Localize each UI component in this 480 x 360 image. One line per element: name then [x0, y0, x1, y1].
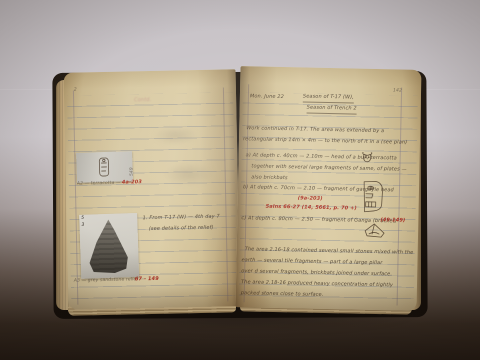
- find-item-a: also brickbats: [251, 175, 288, 181]
- right-page: 142 Mon. June 22 Season of T-17 (W), Sea…: [235, 66, 421, 311]
- paragraph-line: rectangular strip 14m × 4m — to the nort…: [243, 137, 407, 146]
- gargoyle-head-sketch: [356, 180, 385, 215]
- entry-heading: Season of Trench 2: [307, 106, 357, 115]
- photo-corner-mark-bottom: 3: [81, 224, 84, 229]
- find-item-a: together with several large fragments of…: [251, 164, 406, 173]
- paragraph-line: The area 2.16-18 contained several small…: [245, 247, 414, 256]
- red-reference: (9a-203): [298, 196, 323, 202]
- entry-date: Mon. June 22: [250, 94, 284, 100]
- left-page: 2 Contd. 549 A2 — terracotta — 4a-203 5 …: [64, 69, 241, 310]
- sculpture-photo: 5 3: [79, 213, 139, 279]
- find-item-a: a) At depth c. 40cm — 2.10m — head of a …: [246, 153, 397, 162]
- large-photo-ref: 67 - 149: [135, 277, 159, 283]
- page-number: 142: [393, 89, 402, 94]
- paragraph-line: Work continued in T-17. The area was ext…: [246, 126, 384, 134]
- paragraph-line: The area 2.18-16 produced heavy concentr…: [241, 280, 393, 289]
- artifact-outline-sketch: [93, 155, 114, 180]
- bleed-through-smudge: [153, 125, 199, 146]
- bleed-through-smudge: [161, 162, 215, 187]
- red-reference: Salns 66-27 (14, 5661, p. 70 +): [266, 205, 357, 212]
- entry-heading: Season of T-17 (W),: [303, 94, 354, 103]
- paragraph-line: earth — several tile fragments — part of…: [241, 258, 382, 266]
- small-photo-ref: 4a-203: [122, 180, 142, 186]
- note-line: (see details of the relief): [149, 226, 214, 233]
- stone-fragment-sketch: [363, 222, 387, 239]
- photo-of-open-notebook: 2 Contd. 549 A2 — terracotta — 4a-203 5 …: [0, 0, 480, 360]
- small-photo-caption: A2 — terracotta —: [77, 182, 121, 188]
- large-photo-caption: A3 — grey sandstone relief —: [74, 278, 144, 284]
- page-number: 2: [74, 89, 77, 94]
- stone-relief-shape: [84, 217, 134, 276]
- photo-side-mark: 549: [131, 167, 136, 176]
- margin-line: [73, 91, 78, 305]
- paragraph-line: packed stones close to surface.: [241, 291, 324, 298]
- paragraph-line: over d several fragments, brickbats join…: [241, 269, 392, 278]
- photo-corner-mark-top: 5: [81, 217, 84, 222]
- margin-line: [397, 87, 403, 305]
- note-line: 1. From T-17 (W) — 4th day 7: [143, 215, 220, 222]
- bull-head-sketch: [361, 152, 374, 163]
- small-artifact-photo: 549: [76, 151, 133, 183]
- faint-header: Contd.: [134, 98, 151, 104]
- margin-line: [223, 87, 228, 301]
